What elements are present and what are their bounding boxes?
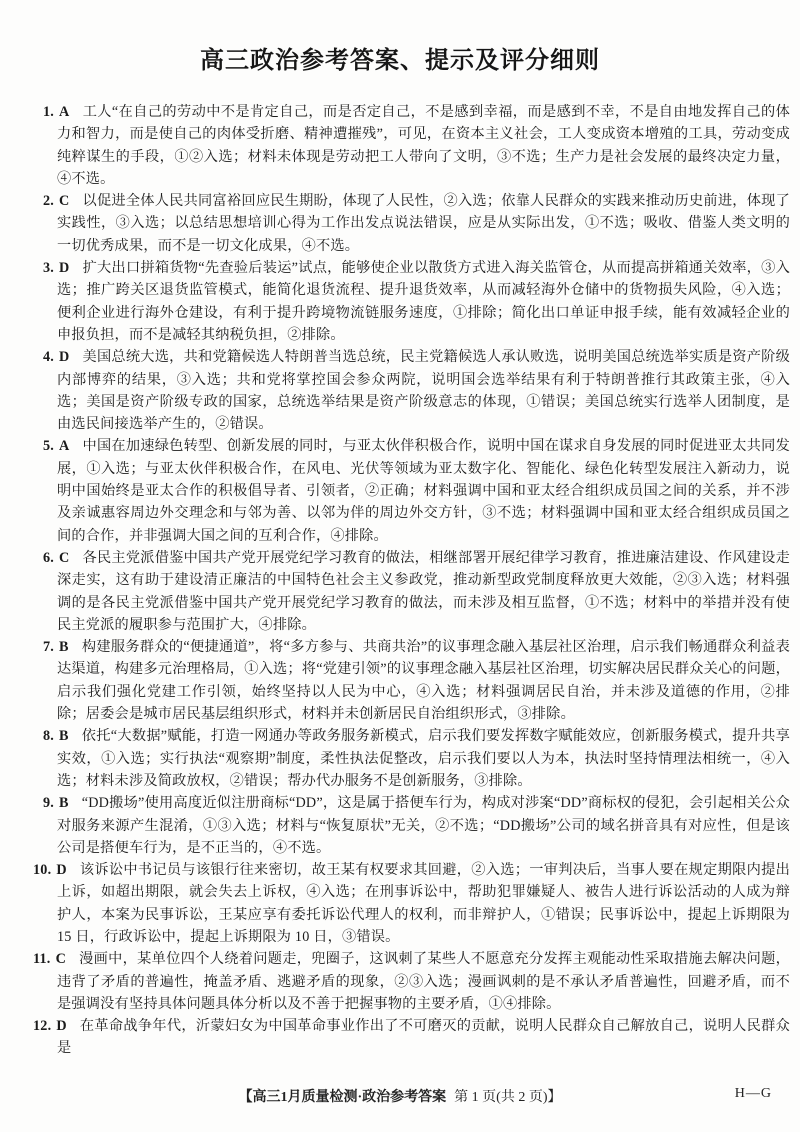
- answer-letter: A: [59, 104, 69, 120]
- item-number: 1.: [43, 104, 54, 120]
- answer-item-4: 4.D美国总统大选，共和党籍候选人特朗普当选总统，民主党籍候选人承认败选，说明美…: [30, 346, 790, 435]
- answer-letter: C: [59, 550, 69, 566]
- page-footer: 【高三1月质量检测·政治参考答案第 1 页(共 2 页)】 H—G: [0, 1086, 800, 1106]
- answer-item-12: 12.D在革命战争年代，沂蒙妇女为中国革命事业作出了不可磨灭的贡献，说明人民群众…: [30, 1015, 790, 1060]
- explanation-text: “DD搬场”使用高度近似注册商标“DD”，这是属于搭便车行为，构成对涉案“DD”…: [57, 795, 790, 856]
- item-number: 12.: [33, 1018, 51, 1034]
- answer-letter: D: [56, 862, 66, 878]
- answer-letter: D: [59, 260, 69, 276]
- explanation-text: 扩大出口拼箱货物“先查验后装运”试点，能够使企业以散货方式进入海关监管仓，从而提…: [57, 260, 790, 343]
- explanation-text: 中国在加速绿色转型、创新发展的同时，与亚太伙伴积极合作，说明中国在谋求自身发展的…: [57, 438, 790, 543]
- answer-letter: B: [59, 795, 69, 811]
- explanation-text: 在革命战争年代，沂蒙妇女为中国革命事业作出了不可磨灭的贡献，说明人民群众自己解放…: [57, 1018, 790, 1056]
- answer-item-1: 1.A工人“在自己的劳动中不是肯定自己，而是否定自己，不是感到幸福，而是感到不幸…: [30, 101, 790, 190]
- item-number: 8.: [43, 728, 54, 744]
- answer-letter: C: [56, 951, 66, 967]
- answer-letter: D: [59, 349, 69, 365]
- document-page: 高三政治参考答案、提示及评分细则 1.A工人“在自己的劳动中不是肯定自己，而是否…: [0, 0, 800, 1132]
- answer-item-10: 10.D该诉讼中书记员与该银行往来密切，故王某有权要求其回避，②入选；一审判决后…: [30, 859, 790, 948]
- explanation-text: 以促进全体人民共同富裕回应民生期盼，体现了人民性，②入选；依靠人民群众的实践来推…: [57, 193, 790, 254]
- explanation-text: 美国总统大选，共和党籍候选人特朗普当选总统，民主党籍候选人承认败选，说明美国总统…: [57, 349, 790, 432]
- explanation-text: 工人“在自己的劳动中不是肯定自己，而是否定自己，不是感到幸福，而是感到不幸，不是…: [57, 104, 790, 187]
- explanation-text: 各民主党派借鉴中国共产党开展党纪学习教育的做法，相继部署开展纪律学习教育，推进廉…: [57, 550, 790, 633]
- answer-item-5: 5.A中国在加速绿色转型、创新发展的同时，与亚太伙伴积极合作，说明中国在谋求自身…: [30, 435, 790, 546]
- answer-item-7: 7.B构建服务群众的“便捷通道”，将“多方参与、共商共治”的议事理念融入基层社区…: [30, 636, 790, 725]
- footer-title: 【高三1月质量检测·政治参考答案: [239, 1090, 447, 1105]
- answer-letter: C: [59, 193, 69, 209]
- answer-letter: D: [56, 1018, 66, 1034]
- answer-item-6: 6.C各民主党派借鉴中国共产党开展党纪学习教育的做法，相继部署开展纪律学习教育，…: [30, 547, 790, 636]
- answer-list: 1.A工人“在自己的劳动中不是肯定自己，而是否定自己，不是感到幸福，而是感到不幸…: [0, 101, 800, 1060]
- answer-item-3: 3.D扩大出口拼箱货物“先查验后装运”试点，能够使企业以散货方式进入海关监管仓，…: [30, 257, 790, 346]
- answer-item-8: 8.B依托“大数据”赋能，打造一网通办等政务服务新模式，启示我们要发挥数字赋能效…: [30, 725, 790, 792]
- item-number: 2.: [43, 193, 54, 209]
- answer-letter: B: [59, 639, 69, 655]
- answer-item-11: 11.C漫画中，某单位四个人绕着问题走，兜圈子，这讽刺了某些人不愿意充分发挥主观…: [30, 948, 790, 1015]
- item-number: 9.: [43, 795, 54, 811]
- explanation-text: 构建服务群众的“便捷通道”，将“多方参与、共商共治”的议事理念融入基层社区治理，…: [57, 639, 790, 722]
- explanation-text: 依托“大数据”赋能，打造一网通办等政务服务新模式，启示我们要发挥数字赋能效应，创…: [57, 728, 790, 789]
- explanation-text: 该诉讼中书记员与该银行往来密切，故王某有权要求其回避，②入选；一审判决后，当事人…: [57, 862, 790, 945]
- footer-caption: 【高三1月质量检测·政治参考答案第 1 页(共 2 页)】: [0, 1086, 800, 1106]
- explanation-text: 漫画中，某单位四个人绕着问题走，兜圈子，这讽刺了某些人不愿意充分发挥主观能动性采…: [57, 951, 790, 1012]
- item-number: 5.: [43, 438, 54, 454]
- item-number: 3.: [43, 260, 54, 276]
- page-title: 高三政治参考答案、提示及评分细则: [0, 40, 800, 75]
- answer-letter: A: [59, 438, 69, 454]
- page-indicator: 第 1 页(共 2 页)】: [454, 1090, 561, 1105]
- answer-letter: B: [59, 728, 69, 744]
- answer-item-9: 9.B“DD搬场”使用高度近似注册商标“DD”，这是属于搭便车行为，构成对涉案“…: [30, 792, 790, 859]
- item-number: 10.: [33, 862, 51, 878]
- answer-item-2: 2.C以促进全体人民共同富裕回应民生期盼，体现了人民性，②入选；依靠人民群众的实…: [30, 190, 790, 257]
- item-number: 11.: [33, 951, 51, 967]
- item-number: 4.: [43, 349, 54, 365]
- item-number: 7.: [43, 639, 54, 655]
- item-number: 6.: [43, 550, 54, 566]
- paper-code: H—G: [735, 1086, 772, 1102]
